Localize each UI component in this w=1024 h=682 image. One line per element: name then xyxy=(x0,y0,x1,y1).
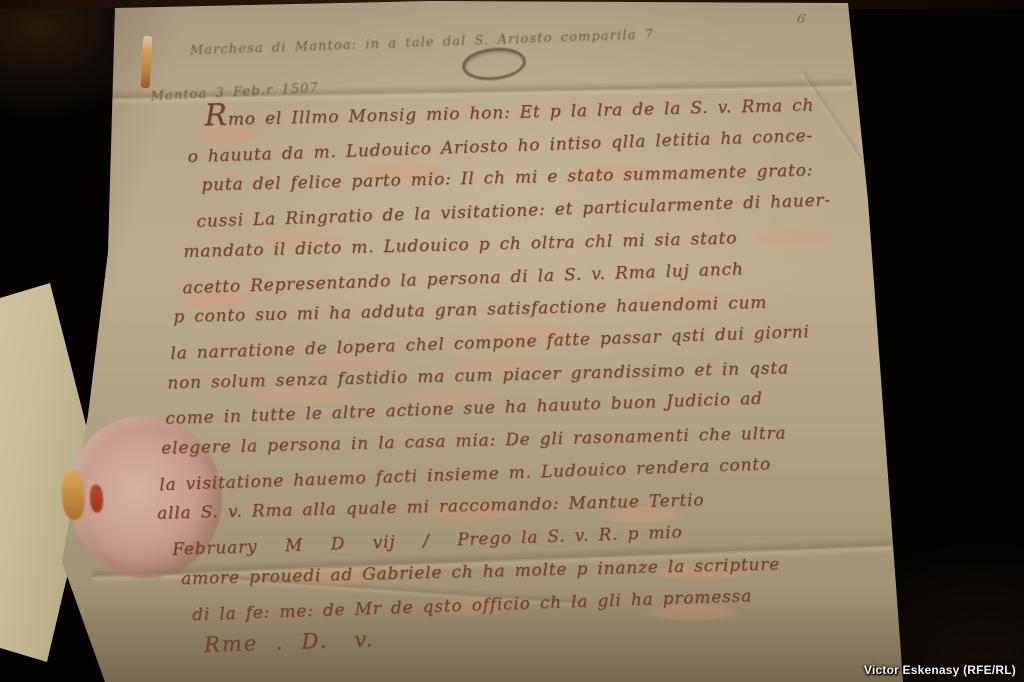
photo-of-manuscript-letter: Marchesa di Mantoa: in a tale dal S. Ari… xyxy=(0,0,1024,682)
archival-note-line-1: Marchesa di Mantoa: in a tale dal S. Ari… xyxy=(190,27,655,58)
seal-spot-red xyxy=(89,484,103,513)
letter-body: Rmo el Illmo Monsig mio hon: Et p la lra… xyxy=(142,82,897,631)
seal-spot-orange xyxy=(60,469,86,520)
photo-credit: Victor Eskenasy (RFE/RL) xyxy=(864,663,1016,677)
